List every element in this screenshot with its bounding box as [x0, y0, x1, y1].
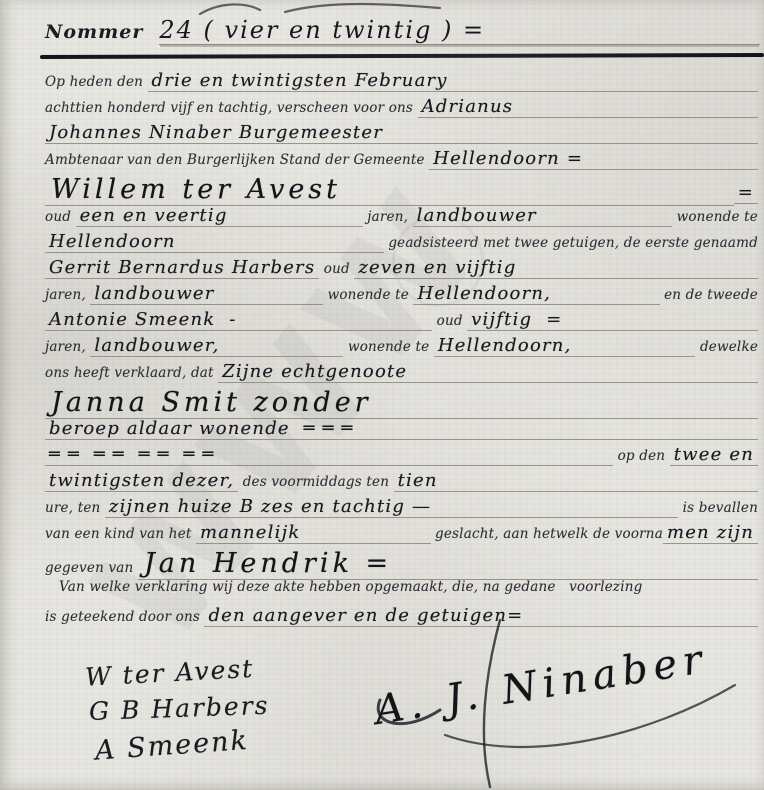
document-line: Ambtenaar van den Burgerlijken Stand der… [45, 148, 758, 174]
handwritten-text: mannelijk [196, 522, 431, 544]
printed-text: jaren, [45, 287, 90, 303]
document-line: van een kind van het mannelijk geslacht,… [45, 522, 758, 548]
document-line: Willem ter Avest= [45, 174, 758, 205]
handwritten-text: landbouwer [90, 283, 323, 305]
printed-text: geslacht, aan hetwelk de voorna [431, 526, 663, 542]
handwritten-text: een en veertig [76, 205, 363, 227]
handwritten-text: Adrianus [418, 96, 758, 118]
handwritten-text: Zijne echtgenoote [218, 361, 758, 383]
printed-text: wonende te [343, 339, 433, 355]
printed-text: gegeven van [45, 560, 138, 576]
handwritten-text: = [734, 182, 758, 204]
handwritten-text: Hellendoorn, [434, 335, 696, 357]
handwritten-text: zeven en vijftig [354, 257, 758, 279]
printed-text: en de tweede [660, 287, 758, 303]
officiant-signature: A. J. Ninaber [371, 636, 711, 734]
printed-text: Op heden den [45, 74, 148, 90]
document-line: Johannes Ninaber Burgemeester [45, 122, 758, 148]
document-line: ═ ═ ═ ═ ═ ═ ═ ═ op den twee en [45, 444, 758, 470]
handwritten-text: Jan Hendrik = [138, 548, 758, 580]
handwritten-text: Hellendoorn [45, 231, 384, 253]
printed-text: Van welke verklaring wij deze akte hebbe… [59, 579, 642, 595]
record-number-value: 24 ( vier en twintig ) = [159, 16, 760, 45]
printed-text: jaren, [45, 339, 90, 355]
handwritten-text: Hellendoorn = [429, 148, 758, 170]
handwritten-text: Willem ter Avest [45, 174, 734, 206]
printed-text: achttien honderd vijf en tachtig, versch… [45, 100, 418, 116]
record-number-label: Nommer [45, 21, 159, 43]
handwritten-text: Janna Smit zonder [45, 387, 758, 419]
document-line: is geteekend door ons den aangever en de… [45, 605, 758, 631]
witness-signatures: W ter Avest G B Harbers A Smeenk [85, 658, 265, 761]
signature-block: W ter Avest G B Harbers A Smeenk A. J. N… [0, 640, 764, 790]
printed-text: oud [45, 209, 76, 225]
document-line: Van welke verklaring wij deze akte hebbe… [45, 579, 758, 605]
record-number-row: Nommer 24 ( vier en twintig ) = [45, 16, 760, 50]
handwritten-text: Johannes Ninaber Burgemeester [45, 122, 758, 144]
document-line: gegeven van Jan Hendrik = [45, 548, 758, 579]
document-line: beroep aldaar wonende ═ ═ ═ [45, 418, 758, 444]
printed-text: oud [319, 261, 354, 277]
handwritten-text: landbouwer [413, 205, 672, 227]
birth-record-document: WWW Nommer 24 ( vier en twintig ) = Op h… [0, 0, 764, 790]
printed-text: wonende te [323, 287, 413, 303]
printed-text: geadsisteerd met twee getuigen, de eerst… [384, 235, 758, 251]
document-line: Gerrit Bernardus Harbers oud zeven en vi… [45, 257, 758, 283]
document-line: jaren, landbouwer, wonende te Hellendoor… [45, 335, 758, 361]
document-line: twintigsten dezer, des voormiddags ten t… [45, 470, 758, 496]
document-line: ons heeft verklaard, dat Zijne echtgenoo… [45, 361, 758, 387]
handwritten-text: Gerrit Bernardus Harbers [45, 257, 319, 279]
handwritten-text: ═ ═ ═ ═ ═ ═ ═ ═ [45, 444, 613, 466]
handwritten-text: landbouwer, [90, 335, 343, 357]
handwritten-text: tien [394, 470, 758, 492]
printed-text: oud [432, 313, 467, 329]
printed-text: ons heeft verklaard, dat [45, 365, 218, 381]
document-line: Op heden den drie en twintigsten Februar… [45, 70, 758, 96]
handwritten-text: men zijn [663, 522, 758, 544]
printed-text: is bevallen [678, 500, 758, 516]
handwritten-text: den aangever en de getuigen= [204, 605, 758, 627]
document-line: achttien honderd vijf en tachtig, versch… [45, 96, 758, 122]
header-divider-rule [40, 53, 764, 59]
witness-signature: W ter Avest [84, 653, 266, 691]
printed-text: op den [613, 448, 670, 464]
witness-signature: G B Harbers [89, 691, 270, 726]
printed-text: des voormiddags ten [238, 474, 393, 490]
handwritten-text: vijftig = [467, 309, 758, 331]
handwritten-text: beroep aldaar wonende ═ ═ ═ [45, 418, 758, 440]
document-line: jaren, landbouwer wonende te Hellendoorn… [45, 283, 758, 309]
document-line: oud een en veertig jaren, landbouwer won… [45, 205, 758, 231]
handwritten-text: drie en twintigsten February [148, 70, 758, 92]
printed-text: dewelke [695, 339, 758, 355]
printed-text: jaren, [363, 209, 413, 225]
handwritten-text: twee en [670, 444, 758, 466]
printed-text: is geteekend door ons [45, 609, 204, 625]
document-line: Antonie Smeenk - oud vijftig = [45, 309, 758, 335]
printed-text: wonende te [672, 209, 758, 225]
document-line: ure, ten zijnen huize B zes en tachtig —… [45, 496, 758, 522]
printed-text: van een kind van het [45, 526, 196, 542]
document-line: Janna Smit zonder [45, 387, 758, 418]
witness-signature: A Smeenk [94, 723, 276, 767]
handwritten-text: zijnen huize B zes en tachtig — [105, 496, 678, 518]
printed-text: Ambtenaar van den Burgerlijken Stand der… [45, 152, 429, 168]
document-line: Hellendoorn geadsisteerd met twee getuig… [45, 231, 758, 257]
document-body: Op heden den drie en twintigsten Februar… [45, 70, 758, 631]
printed-text: ure, ten [45, 500, 105, 516]
handwritten-text: Hellendoorn, [413, 283, 659, 305]
handwritten-text: twintigsten dezer, [45, 470, 238, 492]
handwritten-text: Antonie Smeenk - [45, 309, 432, 331]
